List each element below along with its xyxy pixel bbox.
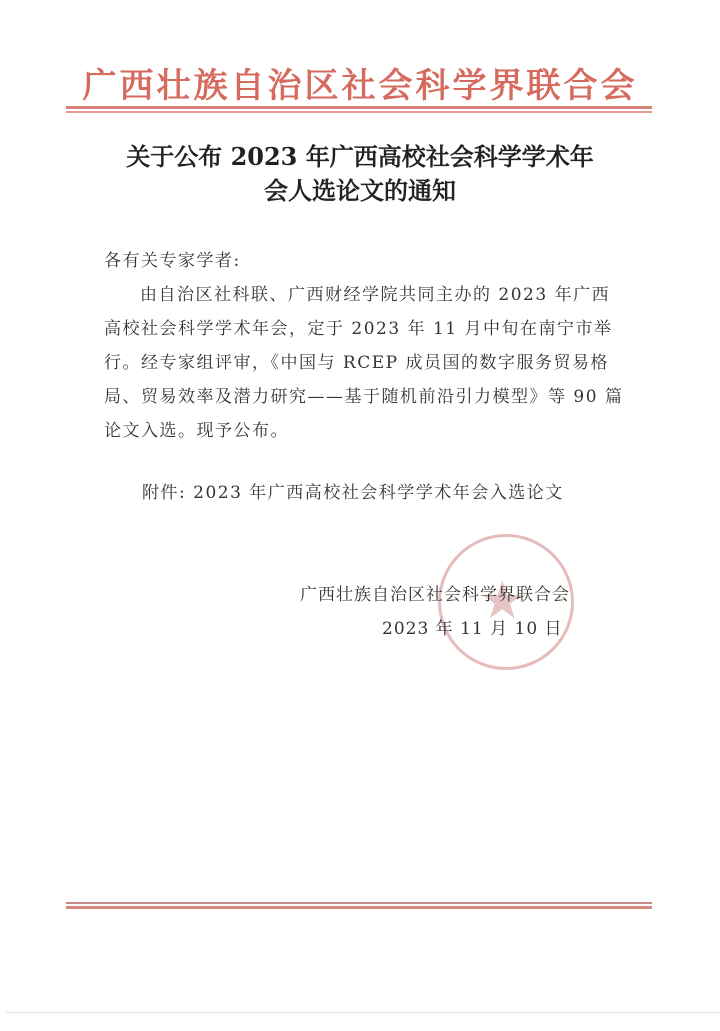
document-title: 关于公布 2023 年广西高校社会科学学术年 会人选论文的通知 (100, 140, 620, 208)
letterhead-rule-thin (66, 111, 652, 113)
letterhead-rule (66, 106, 652, 109)
page-edge (6, 1012, 720, 1013)
footer-rule-thin (66, 902, 652, 904)
body-paragraph: 由自治区社科联、广西财经学院共同主办的 2023 年广西高校社会科学学术年会，定… (104, 278, 624, 448)
signature-block: 广西壮族自治区社会科学界联合会 2023 年 11 月 10 日 (300, 578, 610, 646)
attachment-note: 附件: 2023 年广西高校社会科学学术年会入选论文 (142, 476, 662, 510)
salutation: 各有关专家学者: (104, 244, 624, 278)
footer-rule (66, 906, 652, 909)
letterhead-title: 广西壮族自治区社会科学界联合会 (0, 58, 720, 107)
signature-date: 2023 年 11 月 10 日 (300, 612, 610, 646)
signature-organization: 广西壮族自治区社会科学界联合会 (300, 578, 610, 612)
title-line-2: 会人选论文的通知 (100, 174, 620, 208)
title-line-1: 关于公布 2023 年广西高校社会科学学术年 (100, 140, 620, 174)
